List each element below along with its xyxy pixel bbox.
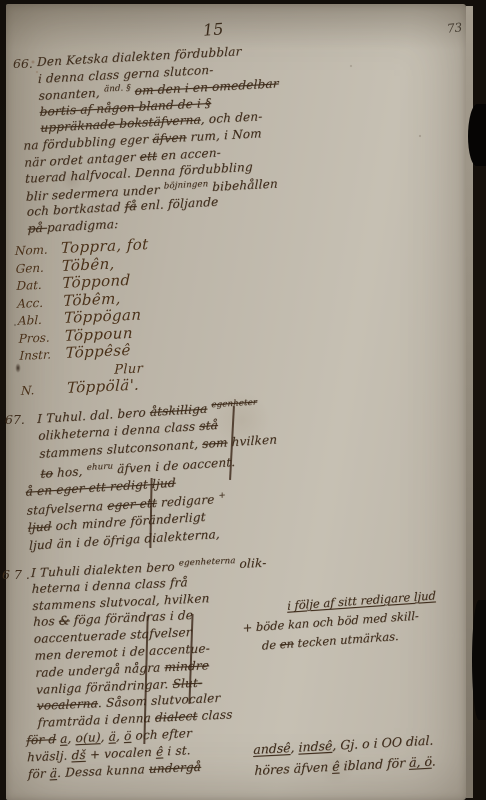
text-segment: hvilken: [228, 433, 278, 450]
page-number: 15: [202, 19, 224, 39]
struck-text: som: [202, 436, 227, 452]
text-segment: dš: [71, 747, 86, 762]
struck-text: på: [28, 221, 47, 236]
section-67a-paragraph: I Tuhul. dal. bero åtskilliga egenhetero…: [36, 396, 283, 556]
struck-text: dialect: [155, 709, 198, 725]
struck-text: ljud: [28, 519, 52, 534]
text-segment: ehuru: [87, 461, 114, 473]
struck-text: åtskilliga: [150, 402, 208, 420]
text-segment: andsê: [253, 740, 291, 757]
struck-text: få: [125, 199, 137, 214]
case-label: N.: [21, 382, 67, 398]
struck-text: &: [59, 614, 70, 629]
paradigm-table: Nom.Toppra, fot Gen.Töbên, Dat.Töppond A…: [14, 234, 154, 397]
text-segment: en accen-: [157, 145, 221, 162]
text-segment: hos,: [53, 464, 87, 480]
text-segment: +: [218, 490, 225, 500]
text-segment: paradigma:: [47, 217, 119, 235]
text-segment: rum, i Nom: [186, 126, 261, 144]
text-segment: enl. följande: [137, 195, 219, 213]
text-segment: .: [432, 753, 436, 768]
text-segment: änd. §: [104, 83, 131, 94]
text-segment: i st.: [163, 743, 191, 758]
struck-text: för d: [26, 732, 56, 747]
struck-text: en: [280, 636, 294, 651]
struck-text: undergå: [149, 759, 202, 775]
text-segment: sonanten,: [39, 86, 104, 103]
struck-text: Slut-: [172, 675, 202, 690]
text-segment: ä, ö: [409, 754, 432, 770]
book-edge-shadow: [472, 600, 486, 720]
section-67a-number: 67.: [5, 412, 25, 427]
section-67b-number: 67.: [2, 567, 34, 582]
text-segment: stafvelserna: [27, 499, 108, 518]
text-segment: redigare: [157, 492, 219, 510]
text-segment: hos: [33, 614, 59, 629]
case-form: Töppölä'.: [67, 376, 140, 397]
case-label: [20, 375, 66, 377]
section-66-number: 66.: [13, 56, 33, 71]
text-segment: + vocalen: [86, 744, 157, 761]
text-segment: de: [262, 637, 280, 652]
text-segment: ibland för: [339, 755, 409, 774]
struck-text: stå: [199, 418, 218, 433]
text-segment: olik-: [235, 556, 266, 571]
struck-text: ett: [140, 148, 158, 163]
struck-text: vocalerna: [37, 697, 99, 714]
text-segment: , och den-: [201, 110, 263, 127]
struck-text: äfven: [152, 130, 186, 146]
text-segment: höres äfven: [254, 759, 332, 778]
text-segment: och efter: [131, 726, 192, 743]
section-66-paragraph: Den Ketska dialekten fördubblari denna c…: [36, 42, 286, 237]
text-segment: indsê: [298, 738, 332, 755]
folio-number: 73: [446, 20, 463, 36]
struck-text: mindre: [164, 658, 209, 674]
struck-text: to: [40, 466, 53, 481]
text-segment: för: [28, 766, 50, 781]
section-67b-paragraph: I Tuhuli dialekten bero egenheterna olik…: [30, 555, 275, 783]
text-segment: class: [197, 707, 232, 723]
text-segment: egenheterna: [179, 556, 236, 568]
text-segment: hväslj.: [27, 748, 72, 764]
book-edge-shadow: [468, 104, 486, 166]
text-segment: o(u): [75, 730, 100, 745]
text-segment: böjningen: [164, 179, 209, 191]
manuscript-photo: 15 73 66. Den Ketska dialekten fördubbla…: [0, 0, 486, 800]
